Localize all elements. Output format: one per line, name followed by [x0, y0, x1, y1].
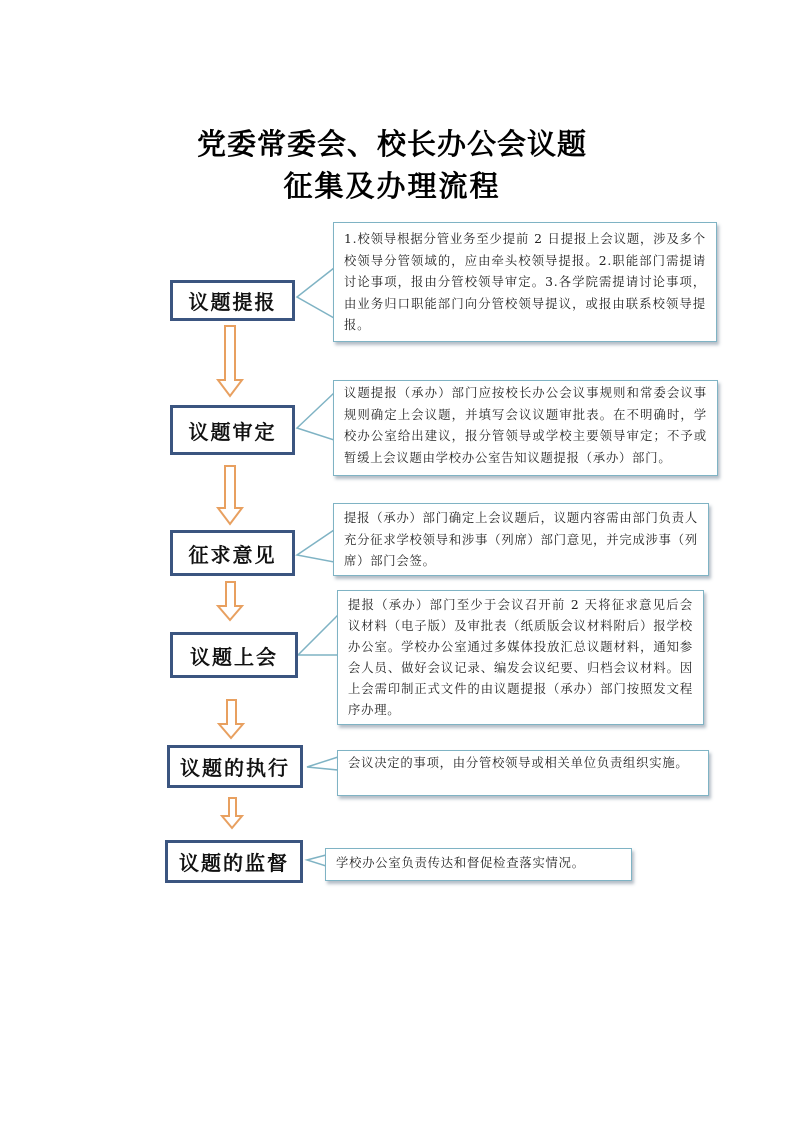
- document-title-line1: 党委常委会、校长办公会议题: [0, 122, 789, 163]
- callout-pointers: [297, 268, 338, 866]
- callout-review-topic: 议题提报（承办）部门应按校长办公会议事规则和常委会议事规则确定上会议题，并填写会…: [333, 380, 718, 476]
- step-label: 议题提报: [189, 286, 277, 315]
- step-description: 提报（承办）部门至少于会议召开前 2 天将征求意见后会议材料（电子版）及审批表（…: [348, 598, 693, 717]
- callout-pointer-4: [298, 615, 338, 655]
- callout-present-topic: 提报（承办）部门至少于会议召开前 2 天将征求意见后会议材料（电子版）及审批表（…: [337, 590, 704, 725]
- callout-pointer-5: [307, 757, 338, 770]
- callout-submit-topic: 1.校领导根据分管业务至少提前 2 日提报上会议题，涉及多个校领导分管领域的，应…: [333, 222, 717, 342]
- document-title-line2: 征集及办理流程: [0, 164, 789, 205]
- callout-pointer-1: [297, 268, 334, 318]
- step-box-present-topic: 议题上会: [170, 632, 298, 678]
- step-description: 议题提报（承办）部门应按校长办公会议事规则和常委会议事规则确定上会议题，并填写会…: [344, 386, 707, 465]
- step-box-execute-topic: 议题的执行: [167, 745, 303, 788]
- step-box-submit-topic: 议题提报: [170, 280, 295, 321]
- step-box-review-topic: 议题审定: [170, 405, 295, 455]
- step-description: 学校办公室负责传达和督促检查落实情况。: [336, 856, 585, 870]
- down-arrow-icon-3: [218, 582, 242, 620]
- callout-execute-topic: 会议决定的事项，由分管校领导或相关单位负责组织实施。: [337, 750, 709, 796]
- down-arrow-icon-4: [219, 700, 243, 738]
- step-box-solicit-opinions: 征求意见: [170, 530, 295, 576]
- step-box-supervise-topic: 议题的监督: [165, 840, 303, 883]
- callout-pointer-6: [307, 855, 326, 866]
- step-description: 会议决定的事项，由分管校领导或相关单位负责组织实施。: [348, 756, 689, 770]
- step-label: 议题审定: [189, 416, 277, 445]
- step-description: 提报（承办）部门确定上会议题后，议题内容需由部门负责人充分征求学校领导和涉事（列…: [344, 511, 698, 568]
- down-arrow-icon-1: [218, 326, 242, 396]
- down-arrow-icon-2: [218, 466, 242, 524]
- step-label: 征求意见: [189, 539, 277, 568]
- callout-pointer-2: [297, 393, 334, 440]
- step-label: 议题上会: [190, 641, 278, 670]
- callout-solicit-opinions: 提报（承办）部门确定上会议题后，议题内容需由部门负责人充分征求学校领导和涉事（列…: [333, 503, 709, 576]
- callout-supervise-topic: 学校办公室负责传达和督促检查落实情况。: [325, 848, 632, 881]
- step-label: 议题的监督: [179, 847, 289, 876]
- down-arrow-icon-5: [222, 798, 242, 828]
- step-label: 议题的执行: [180, 752, 290, 781]
- callout-pointer-3: [297, 530, 334, 562]
- step-description: 1.校领导根据分管业务至少提前 2 日提报上会议题，涉及多个校领导分管领域的，应…: [344, 232, 706, 332]
